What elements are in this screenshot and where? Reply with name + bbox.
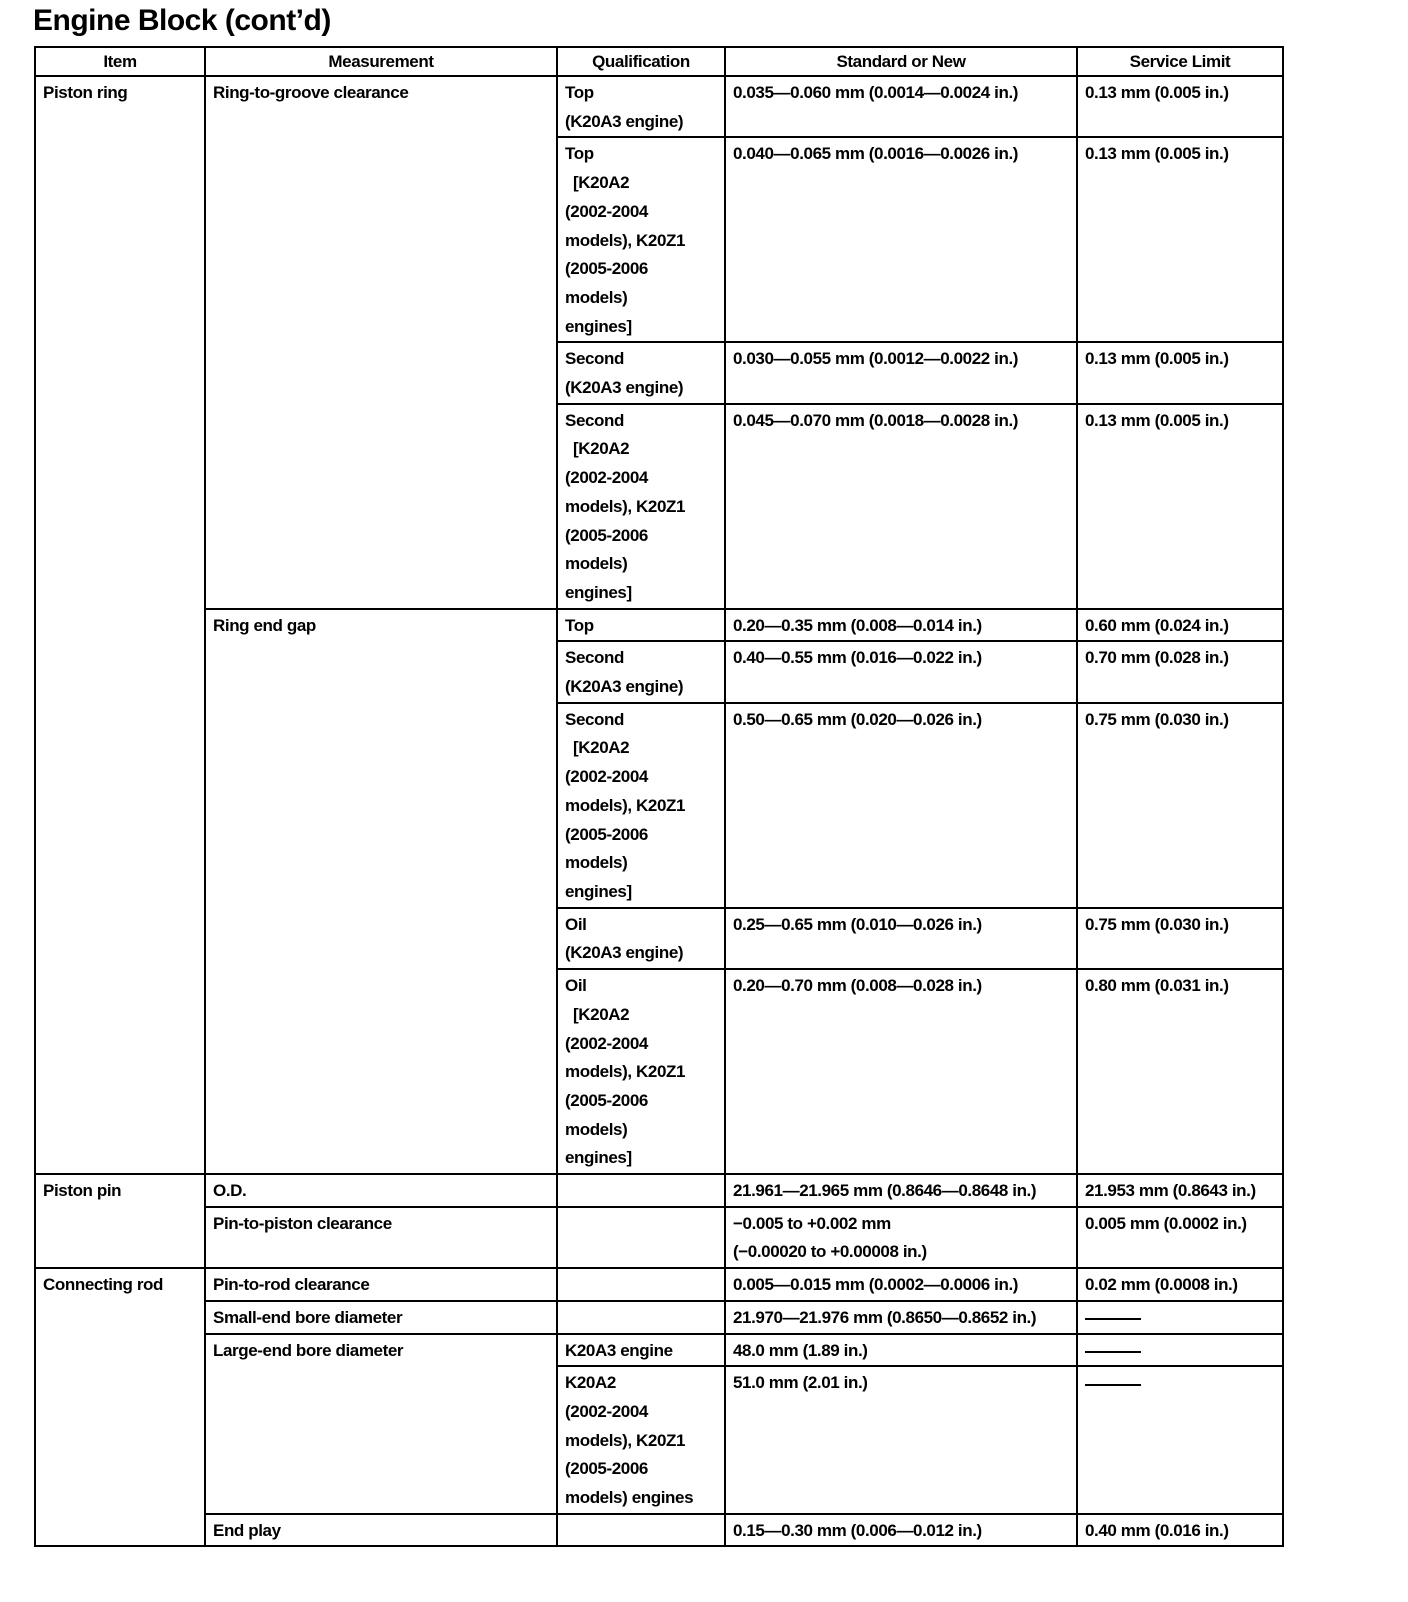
qualification-cell [557,1514,725,1547]
item-cell: Piston ring [35,76,205,1174]
qualification-line: Second [565,345,717,374]
table-row: Small-end bore diameter 21.970—21.976 mm… [35,1301,1283,1334]
measurement-cell: Pin-to-piston clearance [205,1207,557,1268]
qualification-line: models) engines [565,1484,717,1513]
qualification-line: Second [565,644,717,673]
qualification-cell [557,1268,725,1301]
service-limit-cell: 0.75 mm (0.030 in.) [1077,908,1283,969]
qualification-line: models), K20Z1 [565,1427,717,1456]
table-row: Piston pin O.D. 21.961—21.965 mm (0.8646… [35,1174,1283,1207]
qualification-line: K20A2 [565,1369,717,1398]
qualification-line: [K20A2 [565,169,717,198]
qualification-line: models) [565,849,717,878]
qualification-line: (K20A3 engine) [565,374,717,403]
page-title: Engine Block (cont’d) [33,6,331,36]
qualification-line: Top [565,140,717,169]
service-limit-cell: 0.13 mm (0.005 in.) [1077,76,1283,137]
qualification-cell: Second(K20A3 engine) [557,641,725,702]
qualification-cell [557,1207,725,1268]
qualification-line: engines] [565,313,717,342]
qualification-line: Top [565,79,717,108]
standard-cell: 48.0 mm (1.89 in.) [725,1334,1077,1367]
qualification-cell: K20A2(2002-2004models), K20Z1(2005-2006m… [557,1366,725,1514]
qualification-line: Second [565,706,717,735]
header-measurement: Measurement [205,47,557,76]
measurement-cell: Ring end gap [205,609,557,1174]
measurement-cell: Pin-to-rod clearance [205,1268,557,1301]
qualification-cell: Second[K20A2(2002-2004models), K20Z1(200… [557,703,725,908]
qualification-line: engines] [565,878,717,907]
qualification-line: Second [565,407,717,436]
service-limit-cell: 0.13 mm (0.005 in.) [1077,137,1283,342]
qualification-line: (2005-2006 [565,1455,717,1484]
standard-cell: 0.20—0.70 mm (0.008—0.028 in.) [725,969,1077,1174]
qualification-line: models), K20Z1 [565,227,717,256]
standard-cell: 0.030—0.055 mm (0.0012—0.0022 in.) [725,342,1077,403]
standard-cell: 0.005—0.015 mm (0.0002—0.0006 in.) [725,1268,1077,1301]
measurement-cell: Large-end bore diameter [205,1334,557,1514]
standard-line: (−0.00020 to +0.00008 in.) [733,1238,1069,1267]
no-limit-dash [1085,1318,1141,1320]
header-standard: Standard or New [725,47,1077,76]
no-limit-dash [1085,1351,1141,1353]
standard-cell: −0.005 to +0.002 mm (−0.00020 to +0.0000… [725,1207,1077,1268]
standard-cell: 0.035—0.060 mm (0.0014—0.0024 in.) [725,76,1077,137]
table-row: Pin-to-piston clearance −0.005 to +0.002… [35,1207,1283,1268]
qualification-line: (K20A3 engine) [565,673,717,702]
qualification-line: (2002-2004 [565,1030,717,1059]
qualification-line: models) [565,550,717,579]
measurement-cell: End play [205,1514,557,1547]
standard-cell: 0.50—0.65 mm (0.020—0.026 in.) [725,703,1077,908]
qualification-line: [K20A2 [565,734,717,763]
no-limit-dash [1085,1384,1141,1386]
qualification-line: Oil [565,972,717,1001]
service-limit-cell: 0.005 mm (0.0002 in.) [1077,1207,1283,1268]
qualification-cell: Second(K20A3 engine) [557,342,725,403]
qualification-line: (2002-2004 [565,464,717,493]
service-limit-cell [1077,1301,1283,1334]
header-item: Item [35,47,205,76]
service-limit-cell: 0.75 mm (0.030 in.) [1077,703,1283,908]
header-qualification: Qualification [557,47,725,76]
table-row: Ring end gap Top 0.20—0.35 mm (0.008—0.0… [35,609,1283,642]
item-cell: Piston pin [35,1174,205,1268]
item-cell: Connecting rod [35,1268,205,1546]
service-limit-cell: 0.40 mm (0.016 in.) [1077,1514,1283,1547]
qualification-line: K20A3 engine [565,1337,717,1366]
qualification-line: engines] [565,579,717,608]
qualification-line: (2002-2004 [565,763,717,792]
qualification-line: (2005-2006 [565,255,717,284]
qualification-line: engines] [565,1144,717,1173]
qualification-cell: Second[K20A2(2002-2004models), K20Z1(200… [557,404,725,609]
qualification-line: (K20A3 engine) [565,939,717,968]
service-limit-cell: 0.13 mm (0.005 in.) [1077,404,1283,609]
table-row: End play 0.15—0.30 mm (0.006—0.012 in.) … [35,1514,1283,1547]
qualification-cell: Top(K20A3 engine) [557,76,725,137]
service-limit-cell: 0.70 mm (0.028 in.) [1077,641,1283,702]
qualification-line: models), K20Z1 [565,792,717,821]
standard-cell: 21.961—21.965 mm (0.8646—0.8648 in.) [725,1174,1077,1207]
qualification-line: models) [565,284,717,313]
qualification-line: (2005-2006 [565,821,717,850]
standard-cell: 0.040—0.065 mm (0.0016—0.0026 in.) [725,137,1077,342]
qualification-line: (2002-2004 [565,198,717,227]
qualification-cell: Top [557,609,725,642]
service-limit-cell: 0.13 mm (0.005 in.) [1077,342,1283,403]
service-limit-cell [1077,1334,1283,1367]
table-header-row: Item Measurement Qualification Standard … [35,47,1283,76]
header-service-limit: Service Limit [1077,47,1283,76]
measurement-cell: O.D. [205,1174,557,1207]
spec-table: Item Measurement Qualification Standard … [34,46,1284,1547]
qualification-line: [K20A2 [565,1001,717,1030]
standard-line: −0.005 to +0.002 mm [733,1210,1069,1239]
qualification-line: Top [565,612,717,641]
standard-cell: 0.40—0.55 mm (0.016—0.022 in.) [725,641,1077,702]
table-row: Connecting rod Pin-to-rod clearance 0.00… [35,1268,1283,1301]
qualification-line: models), K20Z1 [565,1058,717,1087]
table-row: Large-end bore diameter K20A3 engine 48.… [35,1334,1283,1367]
standard-cell: 0.15—0.30 mm (0.006—0.012 in.) [725,1514,1077,1547]
service-limit-cell [1077,1366,1283,1514]
standard-cell: 51.0 mm (2.01 in.) [725,1366,1077,1514]
standard-cell: 0.20—0.35 mm (0.008—0.014 in.) [725,609,1077,642]
qualification-line: (2002-2004 [565,1398,717,1427]
qualification-line: (K20A3 engine) [565,108,717,137]
standard-cell: 21.970—21.976 mm (0.8650—0.8652 in.) [725,1301,1077,1334]
standard-cell: 0.045—0.070 mm (0.0018—0.0028 in.) [725,404,1077,609]
qualification-line: models), K20Z1 [565,493,717,522]
qualification-line: (2005-2006 [565,522,717,551]
qualification-cell [557,1174,725,1207]
qualification-line: Oil [565,911,717,940]
qualification-line: [K20A2 [565,435,717,464]
qualification-cell: Oil[K20A2(2002-2004models), K20Z1(2005-2… [557,969,725,1174]
standard-cell: 0.25—0.65 mm (0.010—0.026 in.) [725,908,1077,969]
qualification-cell: K20A3 engine [557,1334,725,1367]
qualification-line: (2005-2006 [565,1087,717,1116]
measurement-cell: Ring-to-groove clearance [205,76,557,609]
qualification-cell [557,1301,725,1334]
service-limit-cell: 0.60 mm (0.024 in.) [1077,609,1283,642]
service-limit-cell: 0.80 mm (0.031 in.) [1077,969,1283,1174]
service-limit-cell: 21.953 mm (0.8643 in.) [1077,1174,1283,1207]
qualification-cell: Oil(K20A3 engine) [557,908,725,969]
table-row: Piston ring Ring-to-groove clearance Top… [35,76,1283,137]
measurement-cell: Small-end bore diameter [205,1301,557,1334]
service-limit-cell: 0.02 mm (0.0008 in.) [1077,1268,1283,1301]
qualification-cell: Top[K20A2(2002-2004models), K20Z1(2005-2… [557,137,725,342]
qualification-line: models) [565,1116,717,1145]
